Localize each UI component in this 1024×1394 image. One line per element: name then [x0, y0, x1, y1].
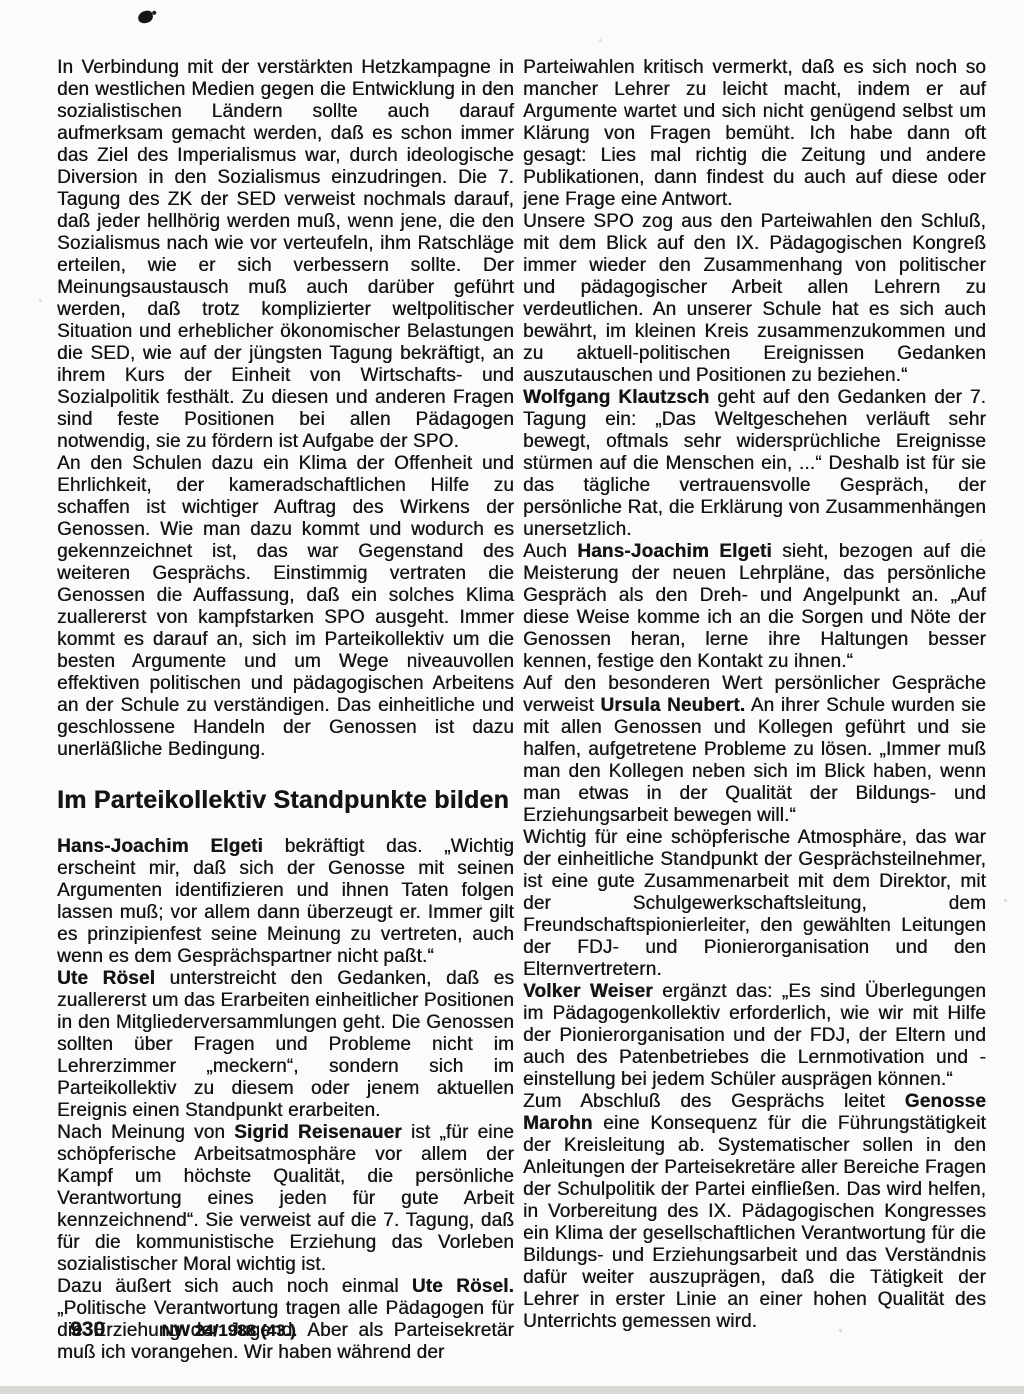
- page-number: 930: [70, 1318, 105, 1341]
- left-text-column: In Verbindung mit der verstärkten Hetzka…: [57, 57, 514, 1364]
- paragraph: Volker Weiser ergänzt das: „Es sind Über…: [523, 981, 986, 1091]
- issue-label: NW 24/1988 (43.): [162, 1321, 296, 1340]
- paragraph: Auch Hans-Joachim Elgeti sieht, bezogen …: [523, 541, 986, 673]
- right-text-column: Parteiwahlen kritisch vermerkt, daß es s…: [523, 57, 986, 1333]
- paragraph: Zum Abschluß des Gesprächs leitet Genoss…: [523, 1091, 986, 1333]
- paragraph: Ute Rösel unterstreicht den Gedanken, da…: [57, 968, 514, 1122]
- scanned-magazine-page: In Verbindung mit der verstärkten Hetzka…: [0, 0, 1024, 1394]
- paragraph: Wolfgang Klautzsch geht auf den Gedanken…: [523, 387, 986, 541]
- paragraph: An den Schulen dazu ein Klima der Offenh…: [57, 453, 514, 761]
- paragraph: Hans-Joachim Elgeti bekräftigt das. „Wic…: [57, 836, 514, 968]
- ink-blot-artifact: [137, 9, 154, 24]
- paragraph: Unsere SPO zog aus den Parteiwahlen den …: [523, 211, 986, 387]
- paper-speckles: [0, 0, 1, 1]
- section-heading: Im Parteikollektiv Standpunkte bilden: [57, 786, 514, 815]
- paragraph: In Verbindung mit der verstärkten Hetzka…: [57, 57, 514, 453]
- page-footer: 930 NW 24/1988 (43.): [70, 1318, 296, 1342]
- paragraph: Auf den besonderen Wert persönlicher Ges…: [523, 673, 986, 827]
- paragraph: Wichtig für eine schöpferische Atmosphär…: [523, 827, 986, 981]
- paragraph: Nach Meinung von Sigrid Reisenauer ist „…: [57, 1122, 514, 1276]
- paragraph: Parteiwahlen kritisch vermerkt, daß es s…: [523, 57, 986, 211]
- scan-edge-shadow: [0, 1386, 1024, 1394]
